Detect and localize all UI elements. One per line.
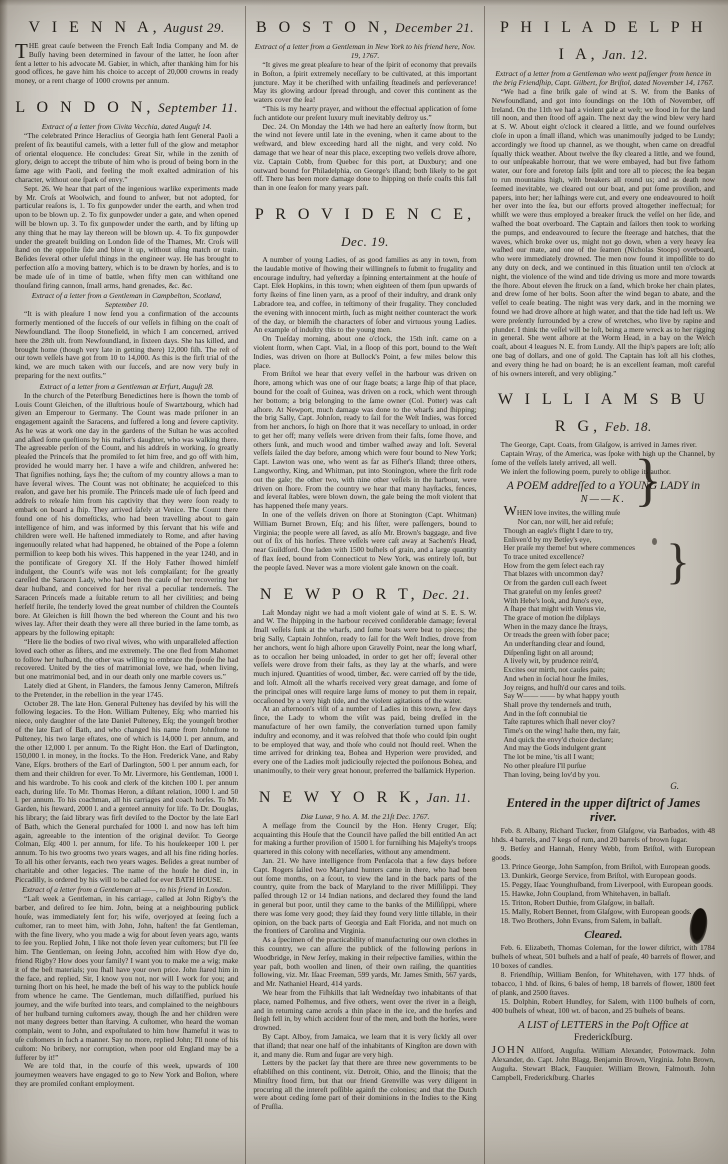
poem-body: WHEN love invites, the willing muſeNor c… bbox=[504, 508, 715, 791]
dateline-heading: W I L L I A M S B U R G, Feb. 18. bbox=[492, 384, 715, 438]
newspaper-columns: V I E N N A, August 29.THE great cauſe b… bbox=[0, 0, 728, 1164]
column-right: P H I L A D E L P H I A, Jan. 12.Extract… bbox=[484, 6, 722, 1164]
news-paragraph: Jan. 21. We have intelligence from Penſa… bbox=[253, 857, 476, 936]
letter-subhead: Extract of a letter from a Gentleman who… bbox=[492, 69, 715, 87]
dateline-date: December 21. bbox=[391, 20, 474, 35]
dateline-city: V I E N N A, bbox=[29, 19, 161, 36]
shipping-entry: 15. Mally, Robert Bennet, from Glaſgow, … bbox=[492, 907, 715, 916]
news-paragraph: “The celebrated Prince Heraclius of Geor… bbox=[15, 132, 238, 185]
letter-list-title-line: A LIST of LETTERS in the Poſt Office at bbox=[492, 1020, 715, 1032]
shipping-entry: 8. Friendſhip, William Benſon, for White… bbox=[492, 970, 715, 997]
shipping-entry: 15. Peggy, Iſaac Younghuſband, from Live… bbox=[492, 880, 715, 889]
poem-line: Than loving, being lov'd by you. bbox=[504, 771, 715, 780]
letter-subhead: Diæ Lunæ, 9 ho. A. M. the 21ſt Dec. 1767… bbox=[253, 812, 476, 821]
news-paragraph: Dec. 24. On Monday the 14th we had here … bbox=[253, 123, 476, 193]
dateline-heading: N E W Y O R K, Jan. 11. bbox=[253, 782, 476, 809]
news-paragraph: By Capt. Alboy, from Jamaica, we learn t… bbox=[253, 1033, 476, 1059]
news-paragraph: Letters by the packet ſay that there are… bbox=[253, 1059, 476, 1112]
shipping-entry: 15. Hawke, John Coupland, from Whitehave… bbox=[492, 889, 715, 898]
dateline-city: N E W Y O R K, bbox=[259, 789, 423, 806]
news-paragraph: We are told that, in the courſe of this … bbox=[15, 1062, 238, 1088]
news-paragraph: We inſert the following poem, purely to … bbox=[492, 468, 715, 477]
dateline-city: B O S T O N, bbox=[256, 19, 391, 36]
dateline-date: Dec. 21. bbox=[419, 587, 470, 602]
letter-subhead: Extract of a letter from a Gentleman in … bbox=[15, 291, 238, 309]
dateline-date: Dec. 19. bbox=[341, 234, 389, 249]
entered-heading: Entered in the upper diſtrict of James r… bbox=[492, 796, 715, 824]
column-left: V I E N N A, August 29.THE great cauſe b… bbox=[8, 6, 245, 1164]
dateline-heading: P H I L A D E L P H I A, Jan. 12. bbox=[492, 12, 715, 66]
news-paragraph: A number of young Ladies, of as good fam… bbox=[253, 256, 476, 335]
news-paragraph: As a ſpecimen of the practicability of m… bbox=[253, 936, 476, 989]
poem-title-line: N——K. bbox=[492, 493, 715, 506]
shipping-entry: 9. Betſey and Hannah, Henry Webb, from B… bbox=[492, 844, 715, 862]
news-paragraph: “It is with pleaſure I now ſend you a co… bbox=[15, 310, 238, 380]
lead-capitals: JOHN bbox=[492, 1044, 526, 1056]
news-paragraph: “Laſt week a Gentleman, in his carriage,… bbox=[15, 895, 238, 1062]
news-paragraph: Laſt Monday night we had a moſt violent … bbox=[253, 609, 476, 706]
news-paragraph: “This is my hearty prayer, and without t… bbox=[253, 105, 476, 123]
shipping-entry: 15. Triton, Robert Duthie, from Glaſgow,… bbox=[492, 898, 715, 907]
letter-subhead: Extract of a letter from a Gentleman at … bbox=[15, 382, 238, 391]
poem-title: A POEM addreſſed to a YOUNG LADY inN——K. bbox=[492, 480, 715, 506]
dateline-heading: P R O V I D E N C E, Dec. 19. bbox=[253, 199, 476, 253]
dateline-heading: B O S T O N, December 21. bbox=[253, 12, 476, 39]
newspaper-page: V I E N N A, August 29.THE great cauſe b… bbox=[0, 0, 728, 1164]
cleared-heading: Cleared. bbox=[492, 929, 715, 941]
news-paragraph: At an afternoon's viſit of a number of L… bbox=[253, 705, 476, 775]
dateline-date: Jan. 12. bbox=[599, 47, 648, 62]
letter-subhead: Extract of a letter from a Gentleman at … bbox=[15, 885, 238, 894]
shipping-entry: 13. Dunkirk, George Service, from Briſto… bbox=[492, 871, 715, 880]
news-paragraph: On Tueſday morning, about one o'clock, t… bbox=[253, 335, 476, 370]
news-paragraph: “Here lie the bodies of two rival wives,… bbox=[15, 638, 238, 682]
dateline-date: Feb. 18. bbox=[601, 419, 652, 434]
dateline-heading: L O N D O N, September 11. bbox=[15, 92, 238, 119]
dateline-city: P R O V I D E N C E, bbox=[255, 206, 475, 223]
news-paragraph: In the church of the Peterſburg Benedict… bbox=[15, 392, 238, 638]
dateline-date: Jan. 11. bbox=[423, 790, 471, 805]
poem-signature: G. bbox=[504, 781, 679, 791]
news-paragraph: Lately died at Ghent, in Flanders, the f… bbox=[15, 682, 238, 700]
poem-title-line: A POEM addreſſed to a YOUNG LADY in bbox=[492, 480, 715, 493]
dateline-date: September 11. bbox=[154, 100, 238, 115]
shipping-entry: 13. Prince George, John Sampſon, from Br… bbox=[492, 862, 715, 871]
column-center: B O S T O N, December 21.Extract of a le… bbox=[245, 6, 483, 1164]
letter-subhead: Extract of a letter from Civita Vecchia,… bbox=[15, 122, 238, 131]
letter-list-title: A LIST of LETTERS in the Poſt Office atF… bbox=[492, 1020, 715, 1044]
news-paragraph: THE great cauſe between the French Eaſt … bbox=[15, 42, 238, 86]
dateline-city: L O N D O N, bbox=[15, 99, 154, 116]
news-paragraph: Captain Wray, of the America, was ſpoke … bbox=[492, 450, 715, 468]
letter-list-title-line: Frederickſburg. bbox=[492, 1032, 715, 1044]
news-paragraph: A meſſage from the Council by the Hon. H… bbox=[253, 822, 476, 857]
news-paragraph: “It gives me great pleaſure to hear of t… bbox=[253, 61, 476, 105]
news-paragraph: In one of the veſſels driven on ſhore at… bbox=[253, 511, 476, 573]
dateline-city: N E W P O R T, bbox=[260, 586, 419, 603]
letter-subhead: Extract of a letter from a Gentleman in … bbox=[253, 42, 476, 60]
shipping-entry: Feb. 8. Albany, Richard Tucker, from Gla… bbox=[492, 826, 715, 844]
shipping-entry: 15. Dolphin, Robert Hundley, for Salem, … bbox=[492, 997, 715, 1015]
poem-initial-capital: W bbox=[504, 504, 517, 519]
news-paragraph: From Briſtol we hear that every veſſel i… bbox=[253, 370, 476, 511]
news-paragraph: JOHN Allford, Auguſta. William Alexander… bbox=[492, 1046, 715, 1082]
news-paragraph: Sept. 26. We hear that part of the ingen… bbox=[15, 185, 238, 291]
shipping-entry: Feb. 6. Elizabeth, Thomas Coleman, for t… bbox=[492, 943, 715, 970]
shipping-entry: 18. Two Brothers, John Evans, from Salem… bbox=[492, 916, 715, 925]
news-paragraph: We hear from the Fiſhkills that laſt Wed… bbox=[253, 989, 476, 1033]
news-paragraph: October 28. The late Hon. General Pulten… bbox=[15, 700, 238, 885]
news-paragraph: “We had a fine briſk gale of wind at S. … bbox=[492, 88, 715, 378]
dateline-heading: N E W P O R T, Dec. 21. bbox=[253, 579, 476, 606]
dateline-date: August 29. bbox=[161, 20, 225, 35]
dateline-heading: V I E N N A, August 29. bbox=[15, 12, 238, 39]
drop-capital: T bbox=[15, 42, 29, 59]
